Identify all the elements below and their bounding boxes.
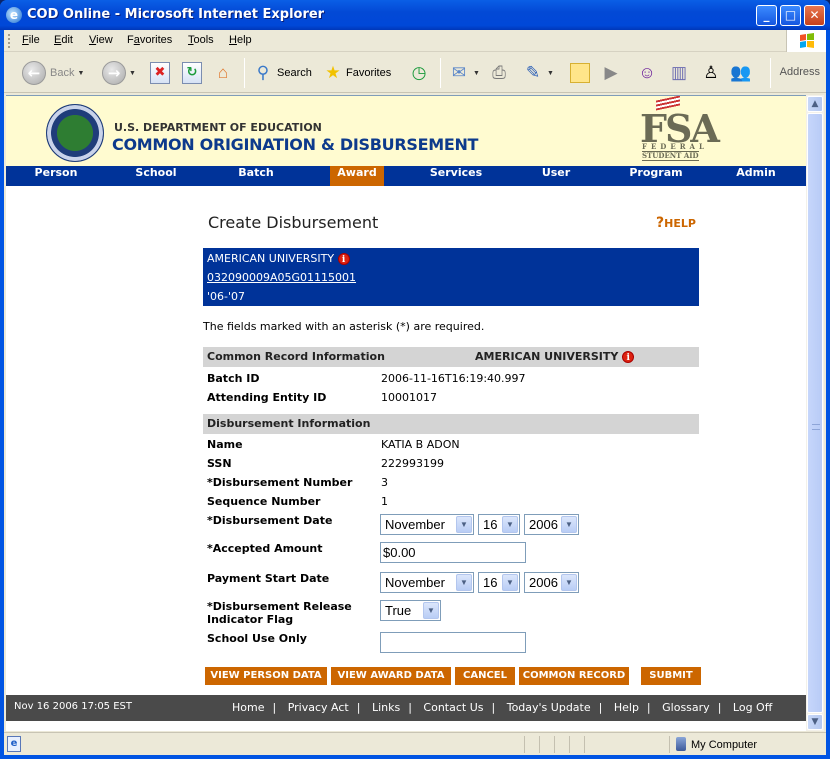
favorites-icon: ★ <box>322 62 344 84</box>
help-question-icon: ? <box>656 215 664 231</box>
main-nav: Person School Batch Award Services User … <box>6 166 806 186</box>
department-name: U.S. DEPARTMENT OF EDUCATION <box>114 121 322 134</box>
school-use-label: School Use Only <box>207 632 307 645</box>
footer-link-glossary[interactable]: Glossary <box>662 701 710 714</box>
security-zone: My Computer <box>676 737 757 751</box>
disbursement-year-select[interactable]: 2006▼ <box>524 514 579 535</box>
view-person-data-button[interactable]: VIEW PERSON DATA <box>205 667 327 685</box>
site-header: U.S. DEPARTMENT OF EDUCATION COMMON ORIG… <box>6 96 806 166</box>
common-record-button[interactable]: COMMON RECORD <box>519 667 629 685</box>
chevron-down-icon: ▼ <box>456 574 472 591</box>
maximize-button[interactable]: □ <box>780 5 801 26</box>
disbursement-heading: Disbursement Information <box>203 414 699 434</box>
attending-entity-label: Attending Entity ID <box>207 391 326 404</box>
nav-program[interactable]: Program <box>606 166 706 186</box>
footer-link-links[interactable]: Links <box>372 701 400 714</box>
nav-award[interactable]: Award <box>330 166 384 186</box>
edit-dropdown-icon[interactable]: ▼ <box>547 70 554 77</box>
history-icon: ◷ <box>408 62 430 84</box>
nav-batch[interactable]: Batch <box>206 166 306 186</box>
payment-start-month-select[interactable]: November▼ <box>380 572 474 593</box>
back-icon: ← <box>22 61 46 85</box>
search-button[interactable]: ⚲ Search <box>252 59 312 87</box>
media-button[interactable]: ▶ <box>600 59 622 87</box>
close-button[interactable]: ✕ <box>804 5 825 26</box>
scroll-down-icon[interactable]: ▼ <box>807 714 823 730</box>
batch-id-value: 2006-11-16T16:19:40.997 <box>381 372 526 385</box>
school-award-summary: AMERICAN UNIVERSITY i 032090009A05G01115… <box>203 248 699 306</box>
payment-start-date-label: Payment Start Date <box>207 572 329 585</box>
menu-edit[interactable]: Edit <box>54 34 73 46</box>
nav-person[interactable]: Person <box>6 166 106 186</box>
search-icon: ⚲ <box>252 62 274 84</box>
mail-icon: ✉ <box>448 62 470 84</box>
release-flag-label: *Disbursement Release Indicator Flag <box>207 600 352 626</box>
required-note: The fields marked with an asterisk (*) a… <box>203 320 484 333</box>
sequence-number-value: 1 <box>381 495 388 508</box>
page-title: Create Disbursement <box>208 213 378 232</box>
footer-link-help[interactable]: Help <box>614 701 639 714</box>
view-award-data-button[interactable]: VIEW AWARD DATA <box>331 667 451 685</box>
menu-bar: File Edit View Favorites Tools Help <box>4 30 826 52</box>
batch-id-label: Batch ID <box>207 372 259 385</box>
vertical-scrollbar[interactable]: ▲ ▼ <box>806 95 824 731</box>
browser-window: e COD Online - Microsoft Internet Explor… <box>0 0 830 759</box>
scroll-up-icon[interactable]: ▲ <box>807 96 823 112</box>
address-label: Address <box>780 66 820 78</box>
chevron-down-icon: ▼ <box>502 516 518 533</box>
note-button[interactable] <box>570 59 590 87</box>
stop-button[interactable]: ✖ <box>150 59 170 87</box>
ie-logo-icon: e <box>6 7 22 23</box>
scroll-thumb[interactable] <box>807 113 823 713</box>
research-icon: ▥ <box>668 62 690 84</box>
fsa-logo: FSA FEDERAL STUDENT AID <box>638 98 710 162</box>
release-flag-select[interactable]: True▼ <box>380 600 441 621</box>
school-use-input[interactable] <box>380 632 526 653</box>
footer-link-home[interactable]: Home <box>232 701 264 714</box>
nav-services[interactable]: Services <box>406 166 506 186</box>
menu-tools[interactable]: Tools <box>188 34 214 46</box>
payment-start-day-select[interactable]: 16▼ <box>478 572 520 593</box>
info-icon[interactable]: i <box>338 253 350 265</box>
menu-view[interactable]: View <box>89 34 113 46</box>
messenger-button[interactable]: 👥 <box>730 59 752 87</box>
footer-link-privacy-act[interactable]: Privacy Act <box>288 701 349 714</box>
standard-toolbar: ← Back ▼ → ▼ ✖ ↻ ⌂ ⚲ Search ★ <box>4 53 826 93</box>
info-icon[interactable]: i <box>622 351 634 363</box>
forward-icon: → <box>102 61 126 85</box>
disbursement-number-label: *Disbursement Number <box>207 476 352 489</box>
chevron-down-icon: ▼ <box>561 516 577 533</box>
favorites-button[interactable]: ★ Favorites <box>322 59 391 87</box>
minimize-button[interactable]: _ <box>756 5 777 26</box>
edit-button[interactable]: ✎ ▼ <box>522 59 554 87</box>
back-dropdown-icon[interactable]: ▼ <box>77 70 84 77</box>
footer-link-contact-us[interactable]: Contact Us <box>423 701 483 714</box>
sequence-number-label: Sequence Number <box>207 495 320 508</box>
back-button[interactable]: ← Back ▼ <box>22 59 84 87</box>
nav-user[interactable]: User <box>506 166 606 186</box>
mail-button[interactable]: ✉ ▼ <box>448 59 480 87</box>
refresh-icon: ↻ <box>182 62 202 84</box>
school-name-line: AMERICAN UNIVERSITY i <box>207 252 350 265</box>
menu-file[interactable]: File <box>22 34 40 46</box>
menu-help[interactable]: Help <box>229 34 252 46</box>
help-link[interactable]: ?HELP <box>656 215 696 231</box>
print-button[interactable]: ⎙ <box>488 59 510 87</box>
footer-link-log-off[interactable]: Log Off <box>733 701 772 714</box>
messenger-icon: 👥 <box>730 62 752 84</box>
site-footer: Nov 16 2006 17:05 EST Home| Privacy Act|… <box>6 695 806 721</box>
chevron-down-icon: ▼ <box>502 574 518 591</box>
disbursement-day-select[interactable]: 16▼ <box>478 514 520 535</box>
award-year: '06-'07 <box>207 290 245 303</box>
name-label: Name <box>207 438 243 451</box>
nav-admin[interactable]: Admin <box>706 166 806 186</box>
page-viewport: U.S. DEPARTMENT OF EDUCATION COMMON ORIG… <box>6 95 806 731</box>
system-name: COMMON ORIGINATION & DISBURSEMENT <box>112 135 478 154</box>
submit-button[interactable]: SUBMIT <box>641 667 701 685</box>
window-title: COD Online - Microsoft Internet Explorer <box>27 7 324 22</box>
windows-logo <box>786 30 826 52</box>
title-bar[interactable]: e COD Online - Microsoft Internet Explor… <box>0 0 830 30</box>
mail-dropdown-icon[interactable]: ▼ <box>473 70 480 77</box>
yahoo-messenger-icon: ☺ <box>636 62 658 84</box>
ssn-label: SSN <box>207 457 232 470</box>
footer-links: Home| Privacy Act| Links| Contact Us| To… <box>232 701 772 714</box>
edit-icon: ✎ <box>522 62 544 84</box>
refresh-button[interactable]: ↻ <box>182 59 202 87</box>
forward-dropdown-icon[interactable]: ▼ <box>129 70 136 77</box>
ssn-value: 222993199 <box>381 457 444 470</box>
menubar-grip[interactable] <box>8 34 11 48</box>
home-icon: ⌂ <box>212 62 234 84</box>
accepted-amount-input[interactable]: $0.00 <box>380 542 526 563</box>
award-id-link[interactable]: 032090009A05G01115001 <box>207 271 356 284</box>
home-button[interactable]: ⌂ <box>212 59 234 87</box>
status-bar: e My Computer <box>4 732 826 755</box>
name-value: KATIA B ADON <box>381 438 460 451</box>
accepted-amount-label: *Accepted Amount <box>207 542 323 555</box>
yahoo-messenger-button[interactable]: ☺ <box>636 59 658 87</box>
history-button[interactable]: ◷ <box>408 59 430 87</box>
research-button[interactable]: ▥ <box>668 59 690 87</box>
nav-school[interactable]: School <box>106 166 206 186</box>
page-status-icon: e <box>7 736 21 752</box>
aim-button[interactable]: ♙ <box>700 59 722 87</box>
chevron-down-icon: ▼ <box>423 602 439 619</box>
disbursement-number-value: 3 <box>381 476 388 489</box>
forward-button[interactable]: → ▼ <box>102 59 136 87</box>
print-icon: ⎙ <box>488 62 510 84</box>
aim-icon: ♙ <box>700 62 722 84</box>
stop-icon: ✖ <box>150 62 170 84</box>
menu-favorites[interactable]: Favorites <box>127 34 172 46</box>
browser-frame: File Edit View Favorites Tools Help ← Ba… <box>4 30 826 755</box>
common-record-heading: Common Record Information AMERICAN UNIVE… <box>203 347 699 367</box>
note-icon <box>570 63 590 83</box>
chevron-down-icon: ▼ <box>456 516 472 533</box>
media-icon: ▶ <box>600 62 622 84</box>
disbursement-date-label: *Disbursement Date <box>207 514 332 527</box>
chevron-down-icon: ▼ <box>561 574 577 591</box>
cancel-button[interactable]: CANCEL <box>455 667 515 685</box>
my-computer-icon <box>676 737 686 751</box>
department-seal-logo <box>46 104 104 162</box>
disbursement-month-select[interactable]: November▼ <box>380 514 474 535</box>
footer-link-todays-update[interactable]: Today's Update <box>507 701 591 714</box>
windows-flag-icon <box>799 33 815 49</box>
footer-timestamp: Nov 16 2006 17:05 EST <box>14 701 132 712</box>
attending-entity-value: 10001017 <box>381 391 437 404</box>
payment-start-year-select[interactable]: 2006▼ <box>524 572 579 593</box>
